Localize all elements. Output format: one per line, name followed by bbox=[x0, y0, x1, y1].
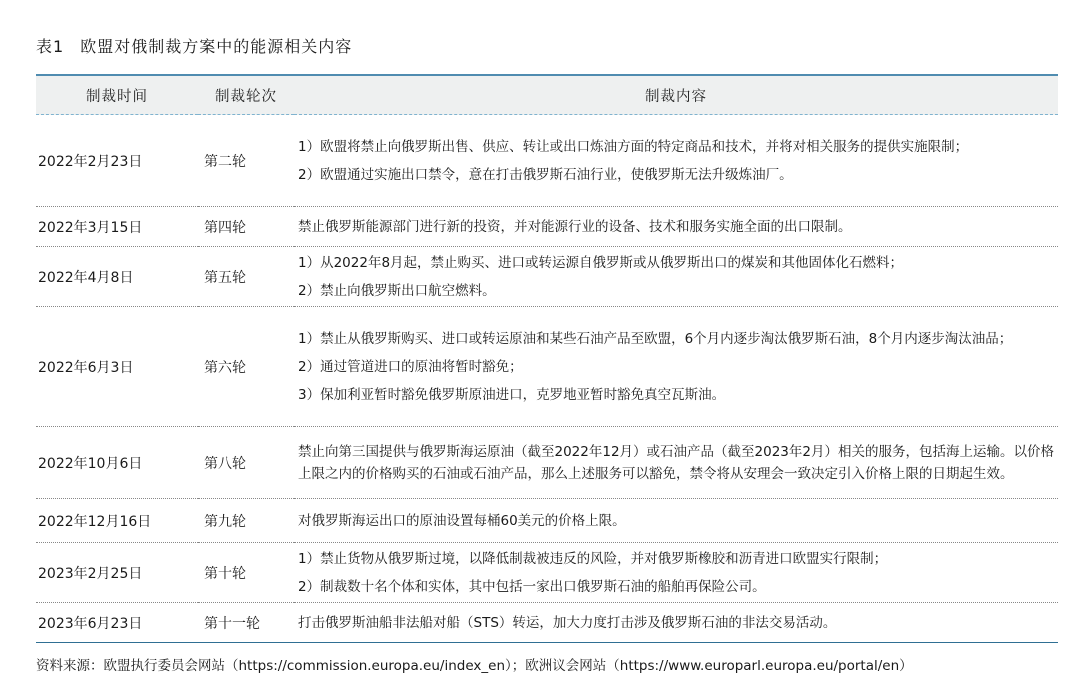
content-item: 禁止向第三国提供与俄罗斯海运原油（截至2022年12月）或石油产品（截至2023… bbox=[298, 441, 1058, 485]
cell-round: 第十轮 bbox=[198, 543, 294, 603]
table-row: 2023年6月23日 第十一轮 打击俄罗斯油船非法船对船（STS）转运，加大力度… bbox=[36, 603, 1058, 643]
content-item: 1）从2022年8月起，禁止购买、进口或转运源自俄罗斯或从俄罗斯出口的煤炭和其他… bbox=[298, 252, 1058, 274]
content-item: 1）禁止货物从俄罗斯过境，以降低制裁被违反的风险，并对俄罗斯橡胶和沥青进口欧盟实… bbox=[298, 548, 1058, 570]
cell-round: 第五轮 bbox=[198, 247, 294, 307]
table-row: 2023年2月25日 第十轮 1）禁止货物从俄罗斯过境，以降低制裁被违反的风险，… bbox=[36, 543, 1058, 603]
content-item: 2）通过管道进口的原油将暂时豁免； bbox=[298, 356, 1058, 378]
content-item: 对俄罗斯海运出口的原油设置每桶60美元的价格上限。 bbox=[298, 510, 1058, 532]
cell-round: 第二轮 bbox=[198, 115, 294, 207]
content-item: 1）禁止从俄罗斯购买、进口或转运原油和某些石油产品至欧盟，6个月内逐步淘汰俄罗斯… bbox=[298, 328, 1058, 350]
cell-content: 1）欧盟将禁止向俄罗斯出售、供应、转让或出口炼油方面的特定商品和技术，并将对相关… bbox=[294, 115, 1058, 207]
source-note: 资料来源：欧盟执行委员会网站（https://commission.europa… bbox=[36, 654, 913, 674]
cell-content: 禁止俄罗斯能源部门进行新的投资，并对能源行业的设备、技术和服务实施全面的出口限制… bbox=[294, 207, 1058, 247]
cell-round: 第九轮 bbox=[198, 499, 294, 543]
table-row: 2022年12月16日 第九轮 对俄罗斯海运出口的原油设置每桶60美元的价格上限… bbox=[36, 499, 1058, 543]
table-row: 2022年3月15日 第四轮 禁止俄罗斯能源部门进行新的投资，并对能源行业的设备… bbox=[36, 207, 1058, 247]
table-number: 表1 bbox=[36, 37, 64, 56]
header-round: 制裁轮次 bbox=[198, 75, 294, 115]
cell-content: 禁止向第三国提供与俄罗斯海运原油（截至2022年12月）或石油产品（截至2023… bbox=[294, 427, 1058, 499]
cell-content: 对俄罗斯海运出口的原油设置每桶60美元的价格上限。 bbox=[294, 499, 1058, 543]
content-item: 2）禁止向俄罗斯出口航空燃料。 bbox=[298, 280, 1058, 302]
table-title: 表1欧盟对俄制裁方案中的能源相关内容 bbox=[36, 34, 352, 57]
content-item: 禁止俄罗斯能源部门进行新的投资，并对能源行业的设备、技术和服务实施全面的出口限制… bbox=[298, 216, 1058, 238]
cell-date: 2022年2月23日 bbox=[36, 115, 198, 207]
cell-date: 2023年2月25日 bbox=[36, 543, 198, 603]
cell-content: 1）禁止货物从俄罗斯过境，以降低制裁被违反的风险，并对俄罗斯橡胶和沥青进口欧盟实… bbox=[294, 543, 1058, 603]
cell-round: 第六轮 bbox=[198, 307, 294, 427]
table-row: 2022年2月23日 第二轮 1）欧盟将禁止向俄罗斯出售、供应、转让或出口炼油方… bbox=[36, 115, 1058, 207]
cell-content: 1）禁止从俄罗斯购买、进口或转运原油和某些石油产品至欧盟，6个月内逐步淘汰俄罗斯… bbox=[294, 307, 1058, 427]
cell-date: 2022年6月3日 bbox=[36, 307, 198, 427]
sanctions-table: 制裁时间 制裁轮次 制裁内容 2022年2月23日 第二轮 1）欧盟将禁止向俄罗… bbox=[36, 74, 1058, 643]
content-item: 2）欧盟通过实施出口禁令，意在打击俄罗斯石油行业，使俄罗斯无法升级炼油厂。 bbox=[298, 164, 1058, 186]
content-item: 打击俄罗斯油船非法船对船（STS）转运，加大力度打击涉及俄罗斯石油的非法交易活动… bbox=[298, 612, 1058, 634]
content-item: 1）欧盟将禁止向俄罗斯出售、供应、转让或出口炼油方面的特定商品和技术，并将对相关… bbox=[298, 136, 1058, 158]
cell-date: 2022年4月8日 bbox=[36, 247, 198, 307]
content-item: 2）制裁数十名个体和实体，其中包括一家出口俄罗斯石油的船舶再保险公司。 bbox=[298, 576, 1058, 598]
cell-round: 第八轮 bbox=[198, 427, 294, 499]
cell-round: 第十一轮 bbox=[198, 603, 294, 643]
cell-content: 打击俄罗斯油船非法船对船（STS）转运，加大力度打击涉及俄罗斯石油的非法交易活动… bbox=[294, 603, 1058, 643]
content-item: 3）保加利亚暂时豁免俄罗斯原油进口，克罗地亚暂时豁免真空瓦斯油。 bbox=[298, 384, 1058, 406]
table-row: 2022年4月8日 第五轮 1）从2022年8月起，禁止购买、进口或转运源自俄罗… bbox=[36, 247, 1058, 307]
table-header-row: 制裁时间 制裁轮次 制裁内容 bbox=[36, 75, 1058, 115]
cell-date: 2022年3月15日 bbox=[36, 207, 198, 247]
cell-date: 2022年12月16日 bbox=[36, 499, 198, 543]
header-date: 制裁时间 bbox=[36, 75, 198, 115]
cell-date: 2023年6月23日 bbox=[36, 603, 198, 643]
table-row: 2022年10月6日 第八轮 禁止向第三国提供与俄罗斯海运原油（截至2022年1… bbox=[36, 427, 1058, 499]
table-row: 2022年6月3日 第六轮 1）禁止从俄罗斯购买、进口或转运原油和某些石油产品至… bbox=[36, 307, 1058, 427]
cell-round: 第四轮 bbox=[198, 207, 294, 247]
header-content: 制裁内容 bbox=[294, 75, 1058, 115]
cell-date: 2022年10月6日 bbox=[36, 427, 198, 499]
table-caption: 欧盟对俄制裁方案中的能源相关内容 bbox=[80, 37, 352, 56]
cell-content: 1）从2022年8月起，禁止购买、进口或转运源自俄罗斯或从俄罗斯出口的煤炭和其他… bbox=[294, 247, 1058, 307]
